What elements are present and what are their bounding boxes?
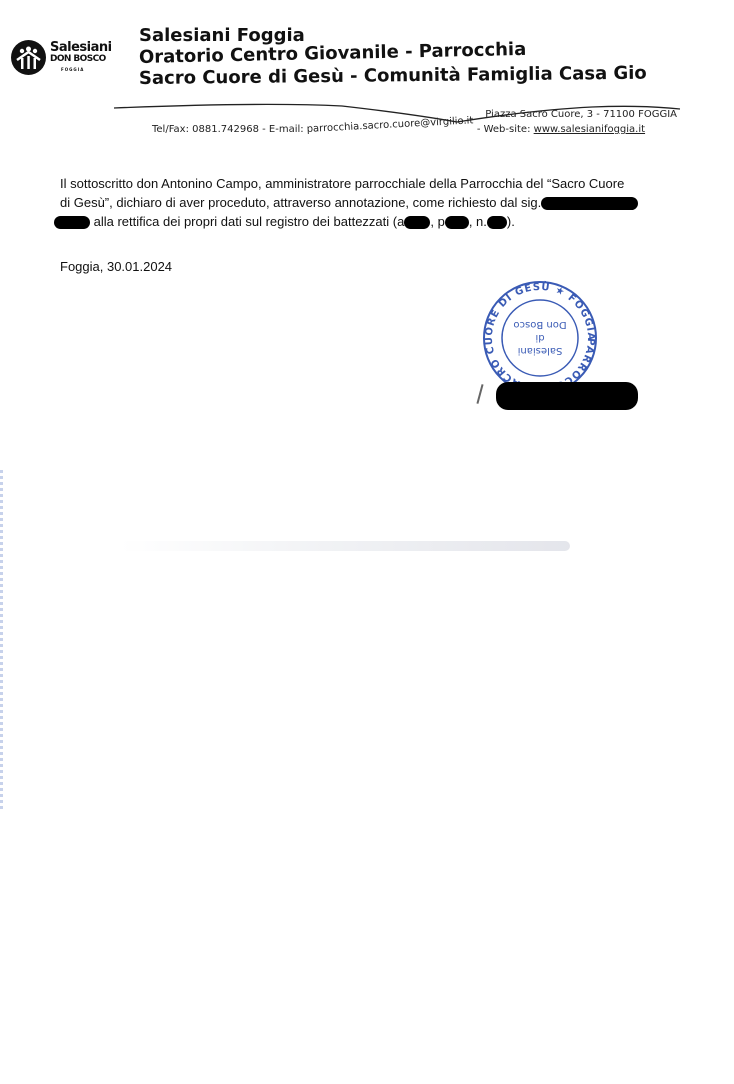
parish-stamp: PARROCCHIA SACRO CUORE DI GESÙ ★ FOGGIA … (480, 278, 600, 398)
website-link[interactable]: www.salesianifoggia.it (534, 124, 645, 135)
declaration-text: Il sottoscritto don Antonino Campo, ammi… (60, 174, 680, 231)
number-label: , n. (469, 214, 487, 229)
redacted-name (541, 197, 638, 210)
page-label: , p (430, 214, 444, 229)
line-end: ). (507, 214, 515, 229)
redacted-page (445, 216, 469, 229)
salesiani-logo: Salesiani DON BOSCO FOGGIA (11, 40, 121, 80)
declaration-line-2: di Gesù”, dichiaro di aver proceduto, at… (60, 193, 680, 212)
stamp-inner-1: Salesiani (518, 345, 563, 356)
salesian-emblem-icon (11, 40, 46, 75)
stamp-inner-3: Don Bosco (513, 319, 566, 330)
redacted-number (487, 216, 507, 229)
telfax-label: Tel/Fax: 0881.742968 - E-mail: (152, 124, 307, 135)
letterhead-title-3: Sacro Cuore di Gesù - Comunità Famiglia … (139, 63, 647, 89)
declaration-line-3: alla rettifica dei propri dati sul regis… (60, 212, 680, 231)
scan-smudge (120, 541, 570, 551)
stamp-inner-2: di (535, 332, 544, 343)
redacted-signature (496, 382, 638, 410)
redacted-year (404, 216, 430, 229)
declaration-line-3-text: alla rettifica dei propri dati sul regis… (94, 214, 405, 229)
logo-city: FOGGIA (61, 67, 84, 72)
letterhead-title-1: Salesiani Foggia (139, 25, 305, 46)
address: Piazza Sacro Cuore, 3 - 71100 FOGGIA (485, 109, 677, 120)
scan-edge-artifact (0, 470, 3, 810)
contact-line: Tel/Fax: 0881.742968 - E-mail: parrocchi… (152, 124, 645, 135)
declaration-line-2-text: di Gesù”, dichiaro di aver proceduto, at… (60, 195, 541, 210)
redacted-name-continuation (54, 216, 90, 229)
web-label: - Web-site: (474, 124, 534, 135)
declaration-line-1: Il sottoscritto don Antonino Campo, ammi… (60, 174, 680, 193)
logo-name: Salesiani (50, 40, 112, 55)
logo-subtitle: DON BOSCO (50, 54, 106, 64)
place-date: Foggia, 30.01.2024 (60, 259, 172, 274)
